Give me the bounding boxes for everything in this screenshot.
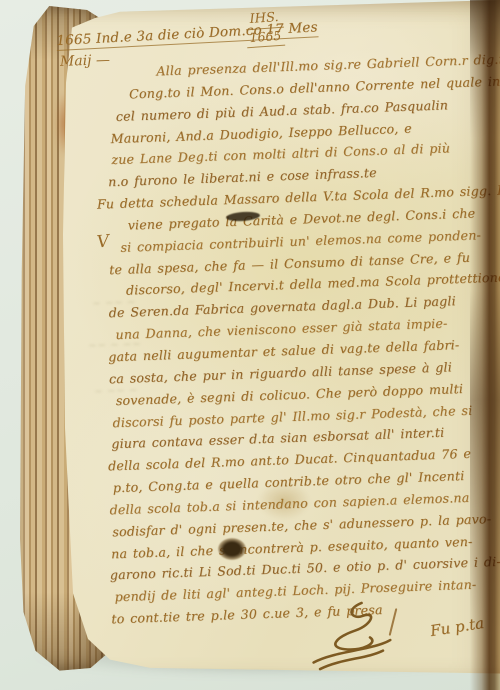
manuscript-lines: Alla presenza dell'Ill.mo sig.re Gabriel…: [56, 49, 500, 632]
paper-stain: [258, 482, 310, 520]
binding-gutter-edge: [470, 0, 500, 690]
notary-flourish-icon: [297, 597, 398, 680]
ihs-monogram: IHS. 1665: [245, 10, 285, 48]
ink-blot: [218, 538, 246, 560]
manuscript-photo: ~ ~~ ~ ~~ ~ ~~ ~ ~~ ~ 1665 Ind.e 3a die …: [0, 0, 500, 690]
margin-mark: V: [96, 231, 110, 252]
ihs-monogram-year: 1665: [246, 28, 285, 48]
